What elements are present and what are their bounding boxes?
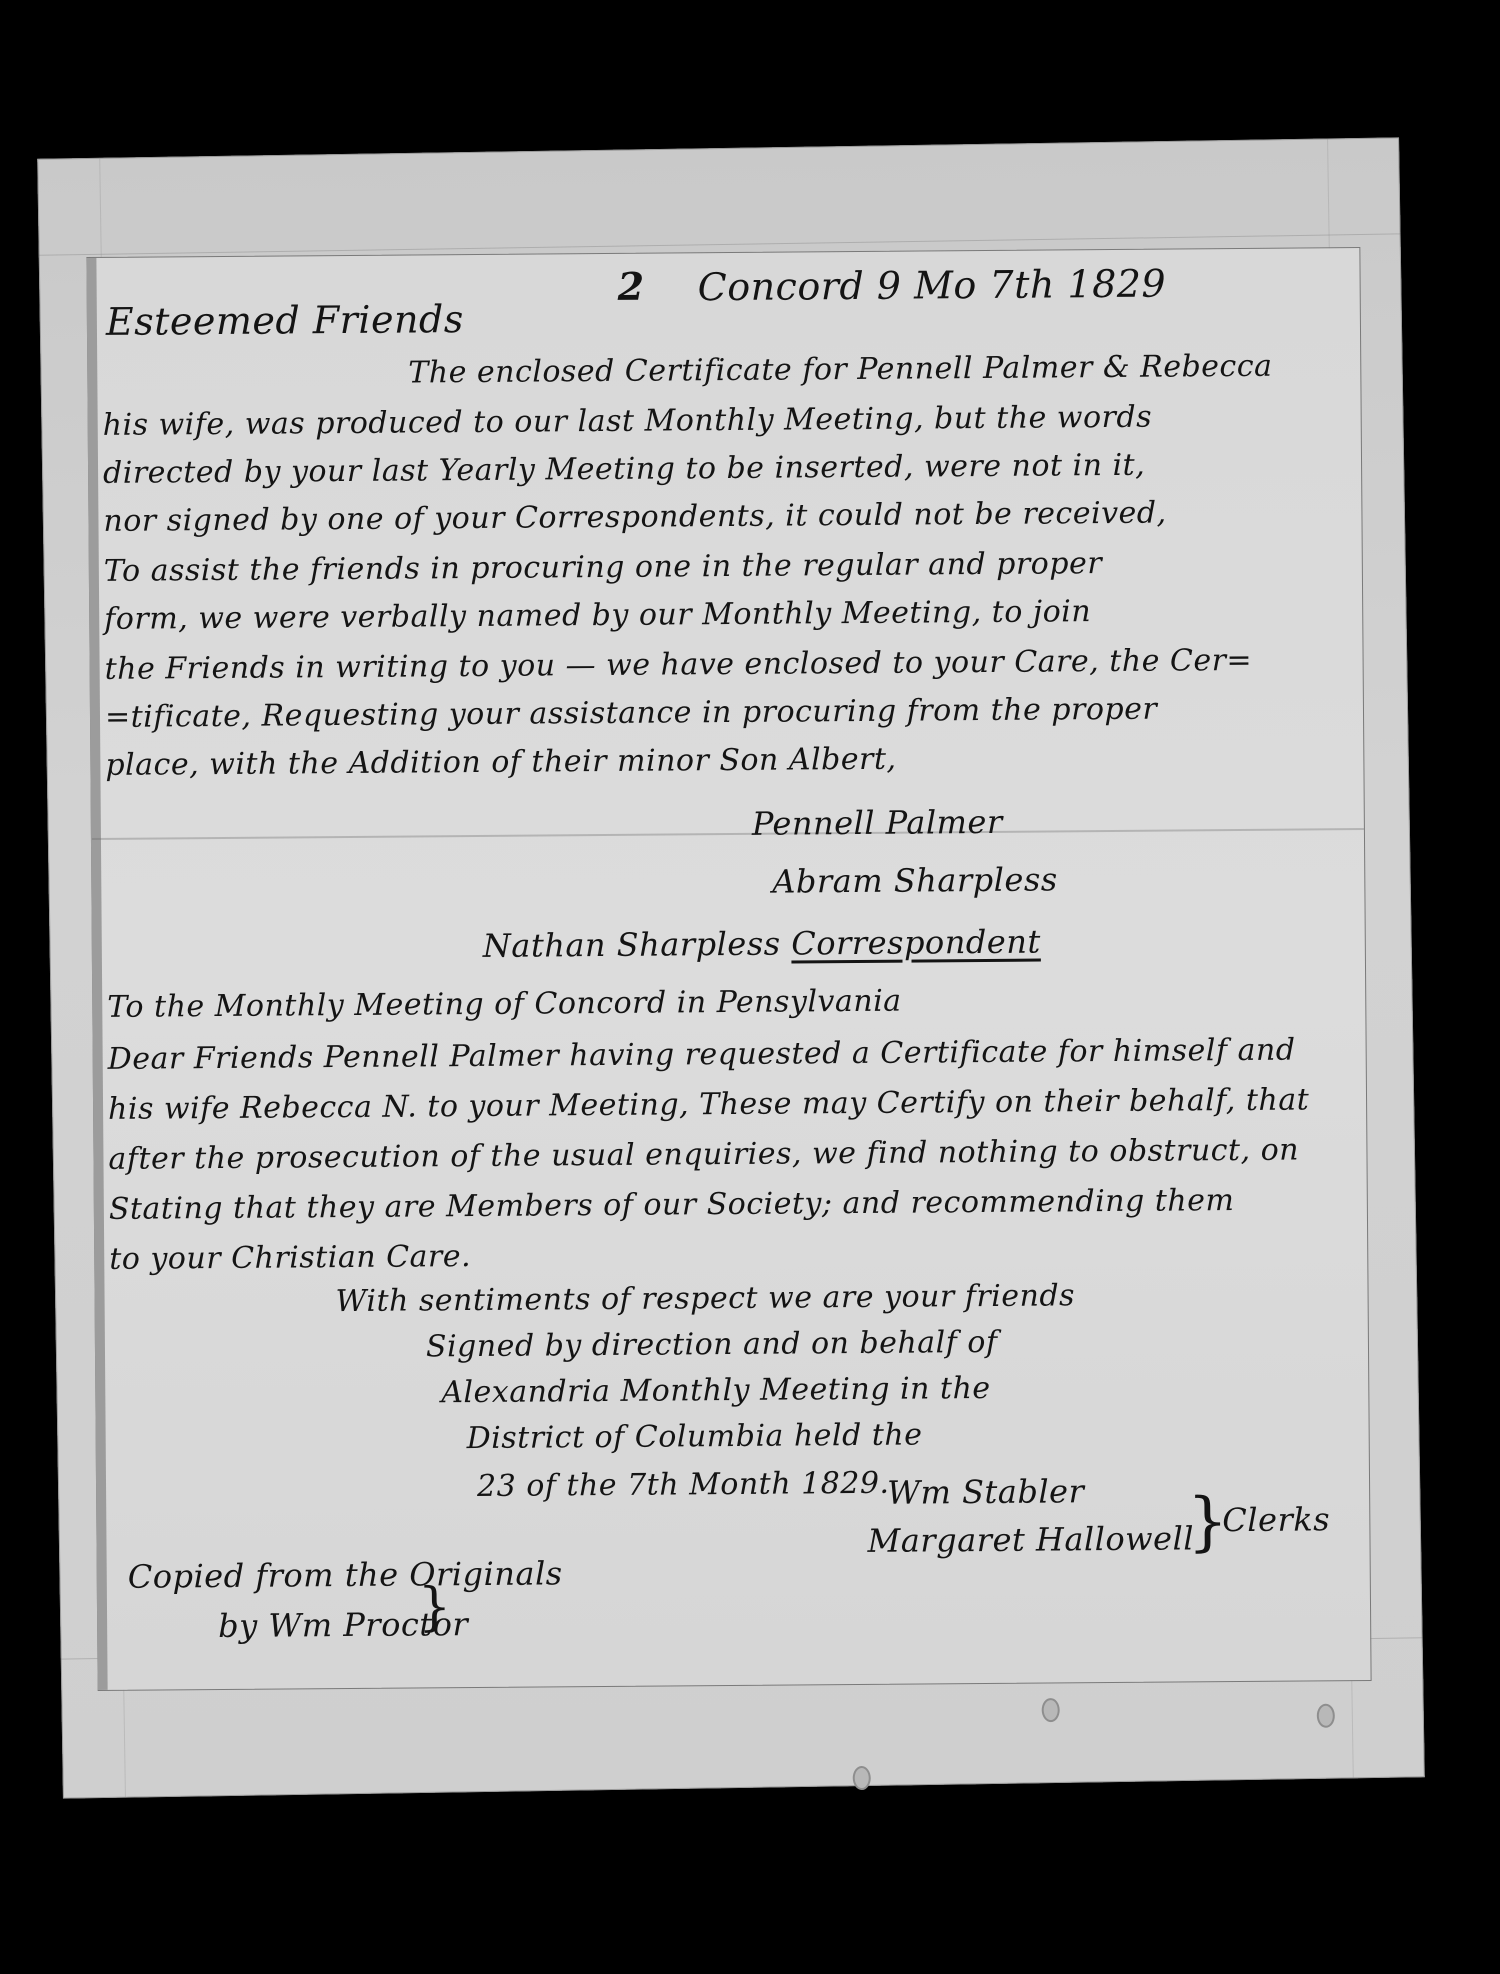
- copy-note-brace-icon: }: [418, 1577, 452, 1637]
- body-line: place, with the Addition of their minor …: [105, 742, 896, 783]
- certificate-line: Dear Friends Pennell Palmer having reque…: [108, 1033, 1296, 1077]
- copy-note: Copied from the Originals: [128, 1554, 563, 1595]
- signature: Abram Sharpless: [772, 860, 1058, 900]
- body-line: nor signed by one of your Correspondents…: [103, 496, 1166, 539]
- signed-by-line: Signed by direction and on behalf of: [426, 1325, 998, 1364]
- clerks-label: Clerks: [1222, 1500, 1330, 1539]
- place-date: Concord 9 Mo 7th 1829: [697, 262, 1166, 310]
- body-line: directed by your last Yearly Meeting to …: [103, 448, 1145, 491]
- certificate-line: after the prosecution of the usual enqui…: [108, 1133, 1299, 1177]
- clerk-signature: Wm Stabler: [887, 1472, 1085, 1512]
- signed-by-line: District of Columbia held the: [467, 1417, 923, 1456]
- date-line: 23 of the 7th Month 1829.: [477, 1466, 890, 1504]
- page-number-mark: 2: [617, 264, 644, 309]
- body-line: form, we were verbally named by our Mont…: [104, 594, 1091, 637]
- ink-stain-icon: [1042, 1698, 1060, 1722]
- certificate-line: to your Christian Care.: [109, 1239, 471, 1277]
- scan-stage: Esteemed Friends 2 Concord 9 Mo 7th 1829…: [0, 0, 1500, 1974]
- certificate-line: his wife Rebecca N. to your Meeting, The…: [108, 1082, 1309, 1126]
- correspondent-name: Nathan Sharpless Correspondent: [483, 923, 1041, 965]
- body-line: his wife, was produced to our last Month…: [103, 400, 1153, 443]
- signature: Pennell Palmer: [752, 803, 1003, 843]
- signed-by-line: Alexandria Monthly Meeting in the: [441, 1371, 991, 1410]
- ink-stain-icon: [853, 1766, 871, 1790]
- body-line: the Friends in writing to you — we have …: [104, 643, 1252, 687]
- ink-stain-icon: [1317, 1704, 1335, 1728]
- clerk-signature: Margaret Hallowell: [867, 1519, 1194, 1560]
- body-line: To assist the friends in procuring one i…: [104, 546, 1103, 589]
- correspondent-title: Correspondent: [791, 923, 1041, 963]
- certificate-address: To the Monthly Meeting of Concord in Pen…: [107, 984, 902, 1025]
- body-line: =tificate, Requesting your assistance in…: [105, 692, 1158, 735]
- closing-line: With sentiments of respect we are your f…: [335, 1278, 1075, 1319]
- letter-sheet: Esteemed Friends 2 Concord 9 Mo 7th 1829…: [86, 247, 1371, 1691]
- salutation: Esteemed Friends: [106, 297, 464, 344]
- body-line: The enclosed Certificate for Pennell Pal…: [408, 349, 1272, 391]
- correspondent-name-text: Nathan Sharpless: [483, 925, 781, 965]
- certificate-line: Stating that they are Members of our Soc…: [109, 1183, 1235, 1227]
- fold-line: [92, 828, 1364, 840]
